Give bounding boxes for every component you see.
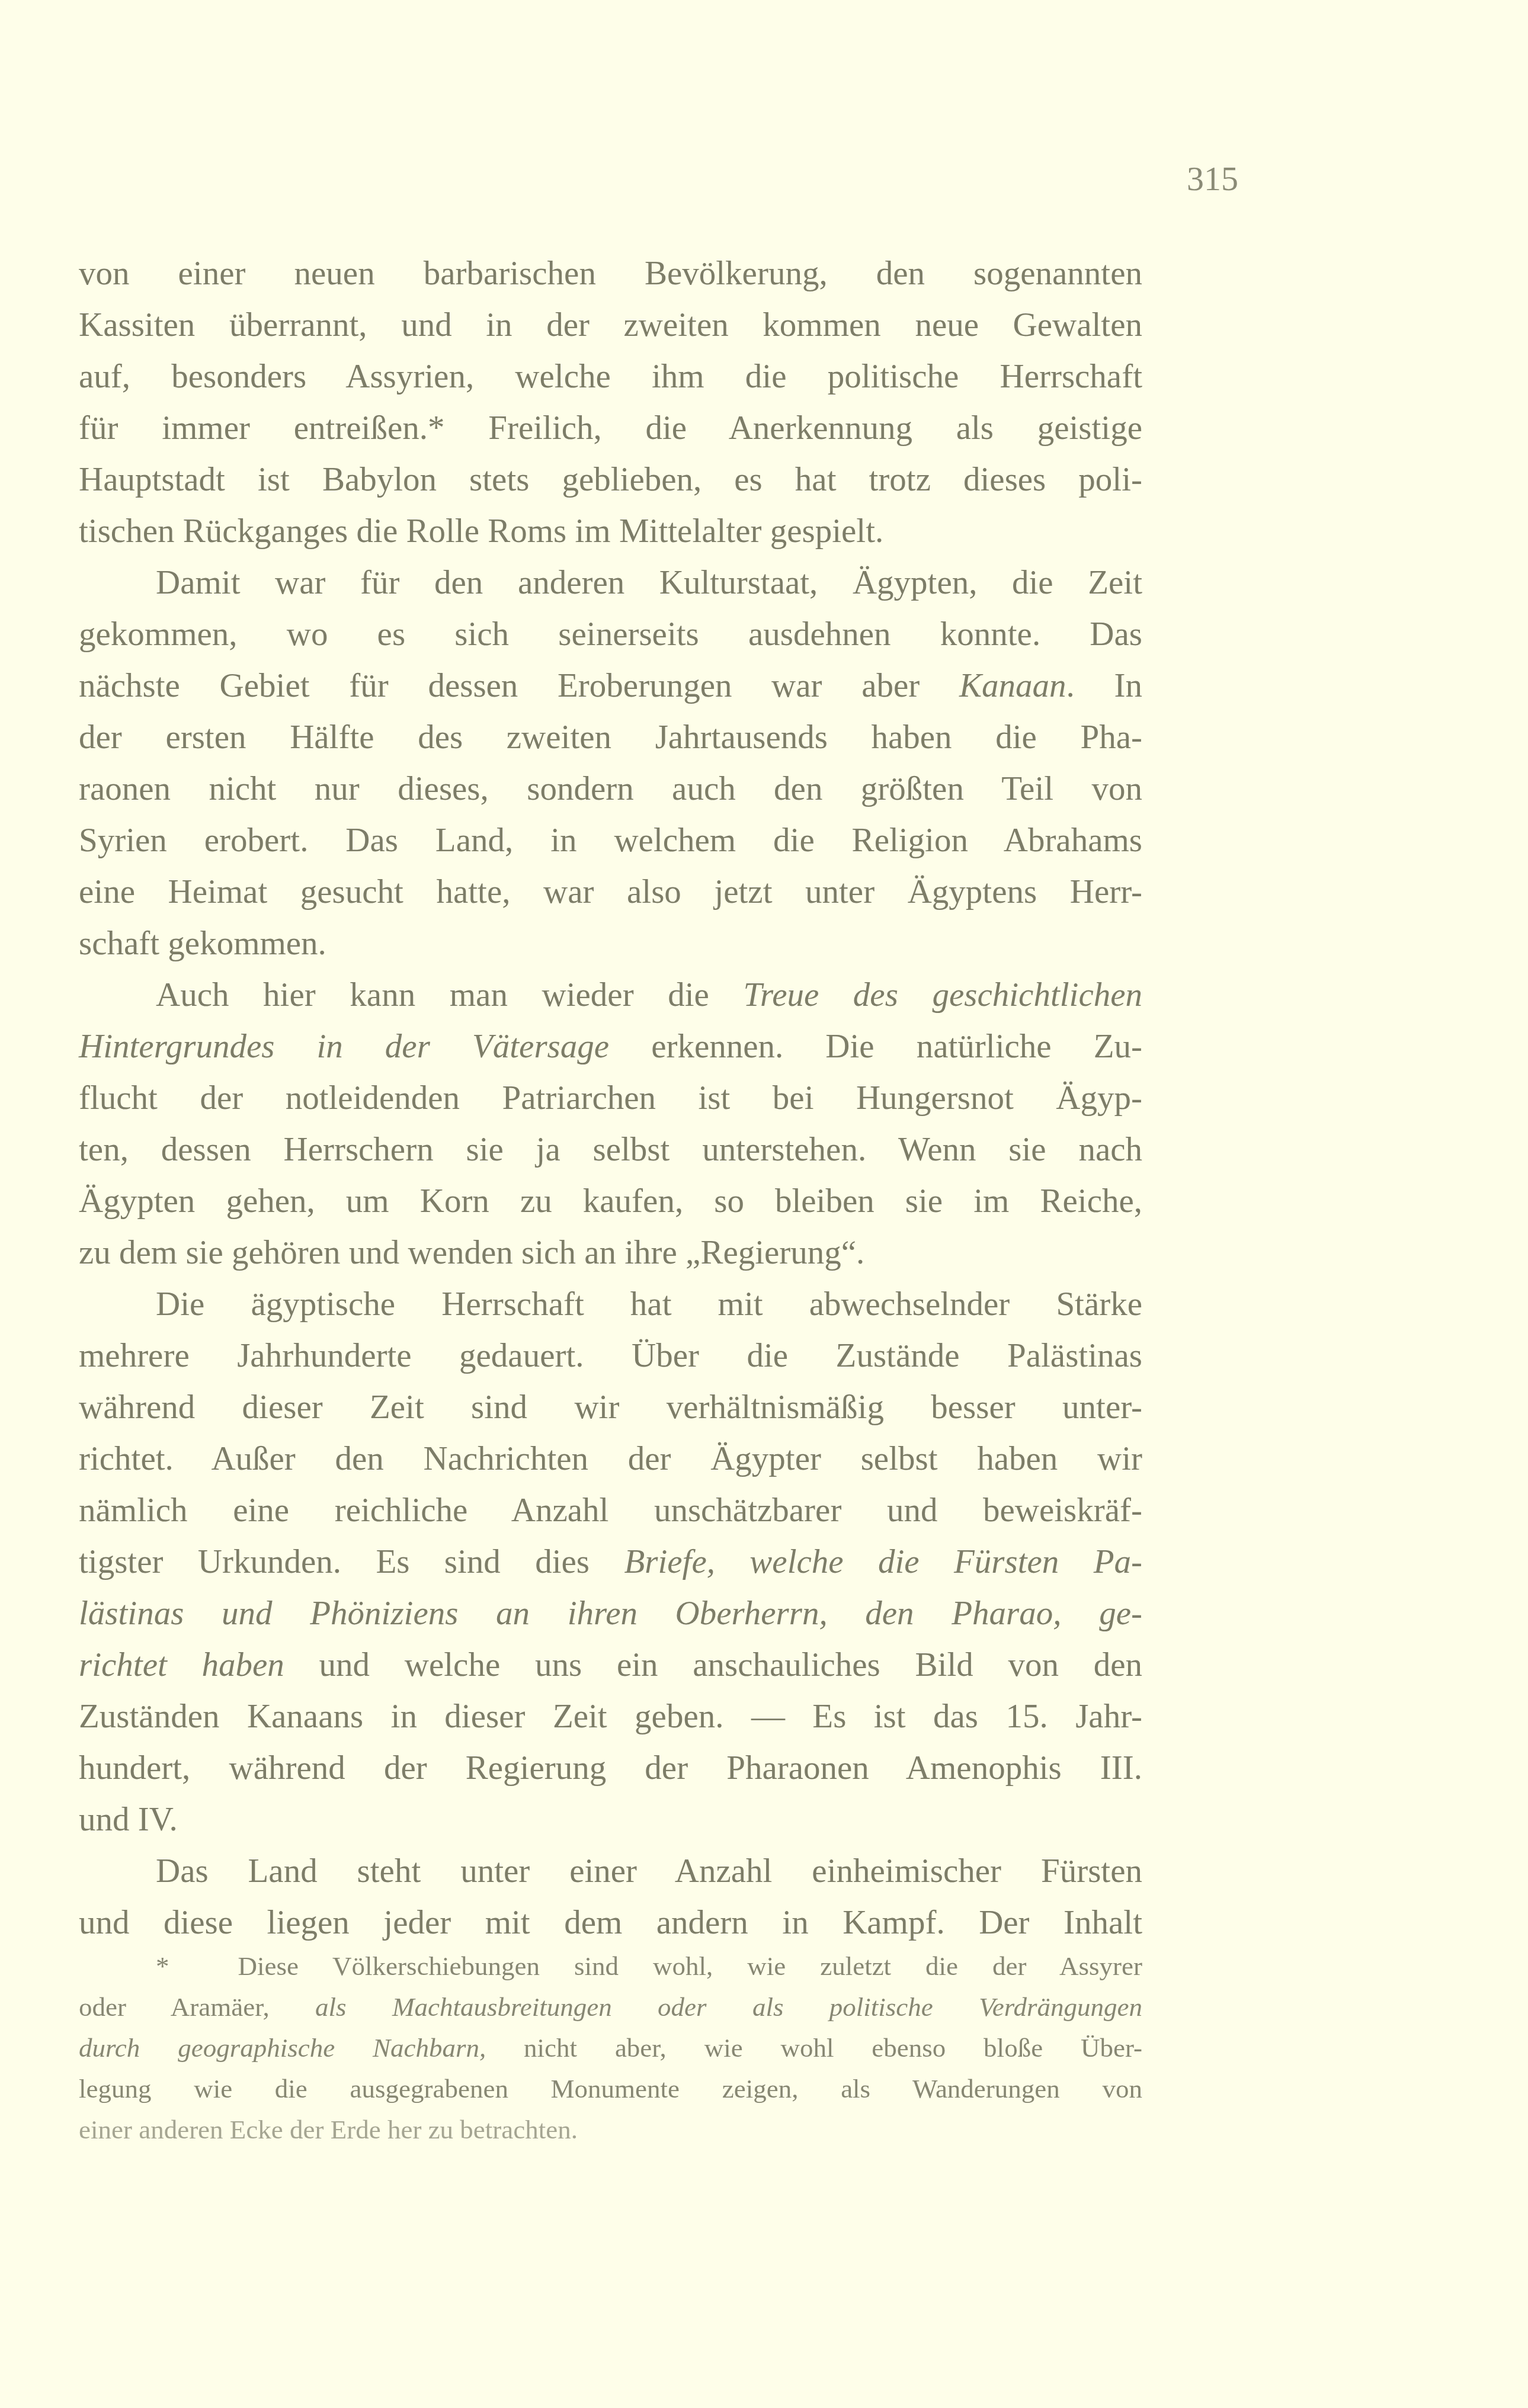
- footnote-line: einer anderen Ecke der Erde her zu betra…: [79, 2109, 1142, 2150]
- text-line: auf, besonders Assyrien, welche ihm die …: [79, 351, 1142, 402]
- text-line: Zuständen Kanaans in dieser Zeit geben. …: [79, 1691, 1142, 1742]
- text-line: lästinas und Phöniziens an ihren Oberher…: [79, 1588, 1142, 1639]
- text-line: schaft gekommen.: [79, 918, 1142, 969]
- body-text: von einer neuen barbarischen Bevölkerung…: [79, 248, 1142, 1948]
- text-line: richtet haben und welche uns ein anschau…: [79, 1639, 1142, 1691]
- text-line: Hintergrundes in der Vätersage erkennen.…: [79, 1021, 1142, 1072]
- text-line: Syrien erobert. Das Land, in welchem die…: [79, 815, 1142, 866]
- emphasis: als Machtausbreitungen oder als politisc…: [315, 1992, 1142, 2022]
- emphasis: lästinas und Phöniziens an ihren Oberher…: [79, 1595, 1142, 1632]
- text-line: tigster Urkunden. Es sind dies Briefe, w…: [79, 1536, 1142, 1588]
- text-line: nächste Gebiet für dessen Eroberungen wa…: [79, 660, 1142, 711]
- paragraph-start-line: Auch hier kann man wieder die Treue des …: [79, 969, 1142, 1021]
- text-line: Kassiten überrannt, und in der zweiten k…: [79, 299, 1142, 351]
- paragraph-start-line: Damit war für den anderen Kulturstaat, Ä…: [79, 557, 1142, 608]
- text-line: und IV.: [79, 1794, 1142, 1845]
- text-line: mehrere Jahrhunderte gedauert. Über die …: [79, 1330, 1142, 1381]
- text-line: der ersten Hälfte des zweiten Jahrtausen…: [79, 711, 1142, 763]
- text-line: Hauptstadt ist Babylon stets geblieben, …: [79, 454, 1142, 505]
- text-line: nämlich eine reichliche Anzahl unschätzb…: [79, 1484, 1142, 1536]
- page-number: 315: [1161, 159, 1238, 198]
- emphasis: durch geographische Nachbarn,: [79, 2033, 486, 2063]
- text-line: und diese liegen jeder mit dem andern in…: [79, 1897, 1142, 1948]
- text-line: richtet. Außer den Nachrichten der Ägypt…: [79, 1433, 1142, 1484]
- emphasis: richtet haben: [79, 1646, 284, 1684]
- footnote-line: * Diese Völkerschiebungen sind wohl, wie…: [79, 1946, 1142, 1987]
- text-line: raonen nicht nur dieses, sondern auch de…: [79, 763, 1142, 815]
- text-line: Ägypten gehen, um Korn zu kaufen, so ble…: [79, 1175, 1142, 1227]
- paragraph-start-line: Das Land steht unter einer Anzahl einhei…: [79, 1845, 1142, 1897]
- text-line: ten, dessen Herrschern sie ja selbst unt…: [79, 1124, 1142, 1175]
- text-line: eine Heimat gesucht hatte, war also jetz…: [79, 866, 1142, 918]
- text-line: von einer neuen barbarischen Bevölkerung…: [79, 248, 1142, 299]
- text-line: flucht der notleidenden Patriarchen ist …: [79, 1072, 1142, 1124]
- footnote: * Diese Völkerschiebungen sind wohl, wie…: [79, 1946, 1142, 2150]
- emphasis: Briefe, welche die Fürsten Pa-: [624, 1543, 1142, 1580]
- text-line: zu dem sie gehören und wenden sich an ih…: [79, 1227, 1142, 1278]
- text-line: hundert, während der Regierung der Phara…: [79, 1742, 1142, 1794]
- footnote-line: oder Aramäer, als Machtausbreitungen ode…: [79, 1987, 1142, 2028]
- emphasis: Treue des geschichtlichen: [744, 976, 1143, 1014]
- footnote-marker: *: [156, 1951, 169, 1981]
- paragraph-start-line: Die ägyptische Herrschaft hat mit abwech…: [79, 1278, 1142, 1330]
- text-line: tischen Rückganges die Rolle Roms im Mit…: [79, 505, 1142, 557]
- footnote-line: legung wie die ausgegrabenen Monumente z…: [79, 2069, 1142, 2109]
- text-line: für immer entreißen.* Freilich, die Aner…: [79, 402, 1142, 454]
- footnote-line: durch geographische Nachbarn, nicht aber…: [79, 2028, 1142, 2069]
- emphasis: Hintergrundes in der Vätersage: [79, 1028, 609, 1065]
- emphasis-kanaan: Kanaan: [959, 667, 1066, 704]
- text-line: gekommen, wo es sich seinerseits ausdehn…: [79, 608, 1142, 660]
- text-line: während dieser Zeit sind wir verhältnism…: [79, 1381, 1142, 1433]
